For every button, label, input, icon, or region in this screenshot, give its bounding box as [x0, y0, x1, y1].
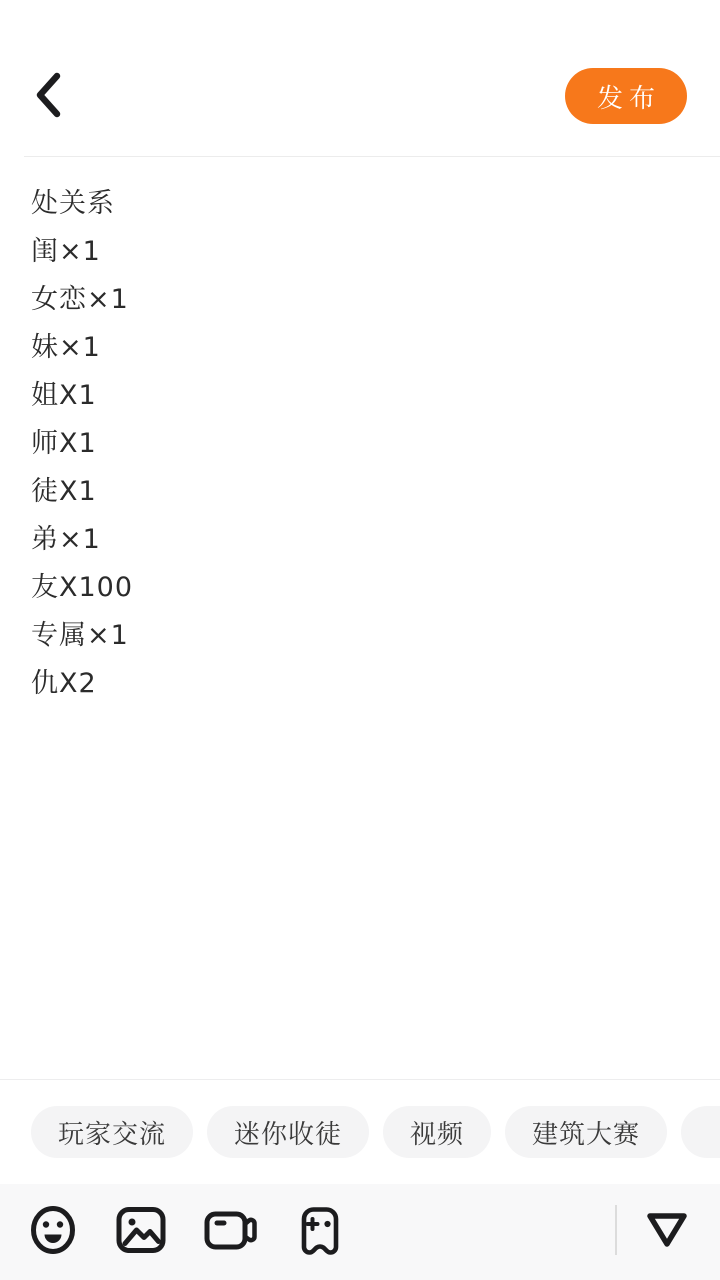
- content-line: 闺×1: [31, 228, 696, 276]
- toolbar-divider: [615, 1205, 617, 1255]
- image-icon: [115, 1205, 167, 1258]
- video-camera-icon: [203, 1206, 257, 1257]
- triangle-down-icon: [642, 1209, 692, 1254]
- content-line: 女恋×1: [31, 276, 696, 324]
- post-text-editor[interactable]: 处关系 闺×1 女恋×1 妹×1 姐X1 师X1 徒X1 弟×1 友X100 专…: [31, 180, 696, 720]
- content-line: 弟×1: [31, 516, 696, 564]
- content-line: 处关系: [31, 180, 696, 228]
- post-composer-screen: 发布 处关系 闺×1 女恋×1 妹×1 姐X1 师X1 徒X1 弟×1 友X10…: [0, 0, 720, 1280]
- content-line: 妹×1: [31, 324, 696, 372]
- add-game-button[interactable]: [293, 1204, 347, 1258]
- tag-chip-build-contest[interactable]: 建筑大赛: [505, 1106, 667, 1158]
- emoji-icon: [28, 1204, 78, 1259]
- tag-chip-video[interactable]: 视频: [383, 1106, 491, 1158]
- chevron-left-icon: [33, 72, 63, 121]
- emoji-button[interactable]: [26, 1204, 80, 1258]
- gamepad-icon: [294, 1203, 346, 1260]
- content-line: 友X100: [31, 564, 696, 612]
- tag-chip-mini-apprentice[interactable]: 迷你收徒: [207, 1106, 369, 1158]
- add-video-button[interactable]: [203, 1204, 257, 1258]
- content-line: 徒X1: [31, 468, 696, 516]
- tag-suggestions-row: 玩家交流 迷你收徒 视频 建筑大赛: [0, 1079, 720, 1184]
- add-image-button[interactable]: [114, 1204, 168, 1258]
- composer-toolbar: [0, 1184, 720, 1280]
- topbar-divider: [24, 156, 720, 157]
- collapse-keyboard-button[interactable]: [640, 1204, 694, 1258]
- publish-button[interactable]: 发布: [565, 68, 687, 124]
- content-line: 专属×1: [31, 612, 696, 660]
- content-line: 仇X2: [31, 660, 696, 708]
- content-line: 姐X1: [31, 372, 696, 420]
- back-button[interactable]: [18, 66, 78, 126]
- tag-chip-player-chat[interactable]: 玩家交流: [31, 1106, 193, 1158]
- tag-chip-partial[interactable]: [681, 1106, 720, 1158]
- content-line: 师X1: [31, 420, 696, 468]
